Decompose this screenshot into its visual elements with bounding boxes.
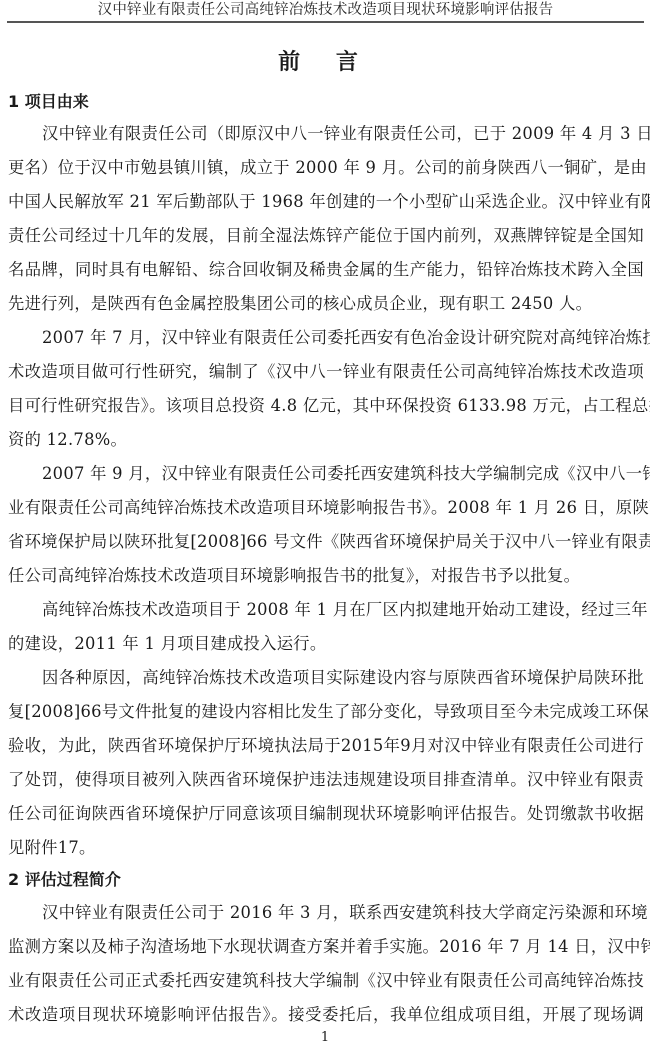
paragraph-line: 监测方案以及柿子沟渣场地下水现状调查方案并着手实施。2016 年 7 月 14 …	[8, 935, 644, 959]
paragraph-line: 2007 年 7 月，汉中锌业有限责任公司委托西安有色冶金设计研究院对高纯锌冶炼…	[42, 326, 644, 350]
paragraph-line: 术改造项目做可行性研究，编制了《汉中八一锌业有限责任公司高纯锌冶炼技术改造项	[8, 360, 644, 384]
paragraph-line: 目可行性研究报告》。该项目总投资 4.8 亿元，其中环保投资 6133.98 万…	[8, 394, 644, 418]
paragraph-line: 名品牌，同时具有电解铅、综合回收铜及稀贵金属的生产能力，铅锌冶炼技术跨入全国	[8, 258, 644, 282]
section-heading-2: 2 评估过程简介	[8, 868, 121, 892]
paragraph-line: 更名）位于汉中市勉县镇川镇，成立于 2000 年 9 月。公司的前身陕西八一铜矿…	[8, 156, 644, 180]
paragraph-line: 了处罚，使得项目被列入陕西省环境保护违法违规建设项目排查清单。汉中锌业有限责	[8, 768, 644, 792]
paragraph-line: 省环境保护局以陕环批复[2008]66 号文件《陕西省环境保护局关于汉中八一锌业…	[8, 530, 644, 554]
paragraph-line: 高纯锌冶炼技术改造项目于 2008 年 1 月在厂区内拟建地开始动工建设，经过三…	[42, 598, 644, 622]
paragraph-line: 任公司高纯锌冶炼技术改造项目环境影响报告书的批复》，对报告书予以批复。	[8, 564, 644, 588]
paragraph-line: 汉中锌业有限责任公司（即原汉中八一锌业有限责任公司，已于 2009 年 4 月 …	[42, 122, 644, 146]
paragraph-line: 的建设，2011 年 1 月项目建成投入运行。	[8, 632, 644, 656]
paragraph-line: 因各种原因，高纯锌冶炼技术改造项目实际建设内容与原陕西省环境保护局陕环批	[42, 666, 644, 690]
paragraph-line: 复[2008]66号文件批复的建设内容相比发生了部分变化，导致项目至今未完成竣工…	[8, 700, 644, 724]
paragraph-line: 资的 12.78%。	[8, 428, 644, 452]
paragraph-line: 中国人民解放军 21 军后勤部队于 1968 年创建的一个小型矿山采选企业。汉中…	[8, 190, 644, 214]
section-heading-1: 1 项目由来	[8, 90, 89, 114]
paragraph-line: 2007 年 9 月，汉中锌业有限责任公司委托西安建筑科技大学编制完成《汉中八一…	[42, 462, 644, 486]
paragraph-line: 见附件17。	[8, 836, 644, 860]
paragraph-line: 责任公司经过十几年的发展，目前全湿法炼锌产能位于国内前列，双燕牌锌锭是全国知	[8, 224, 644, 248]
running-header-title: 汉中锌业有限责任公司高纯锌冶炼技术改造项目现状环境影响评估报告	[98, 2, 554, 18]
page-title: 前 言	[0, 48, 650, 78]
paragraph-line: 先进行列，是陕西有色金属控股集团公司的核心成员企业，现有职工 2450 人。	[8, 292, 644, 316]
paragraph-line: 验收，为此，陕西省环境保护厅环境执法局于2015年9月对汉中锌业有限责任公司进行	[8, 734, 644, 758]
paragraph-line: 业有限责任公司高纯锌冶炼技术改造项目环境影响报告书》。2008 年 1 月 26…	[8, 496, 644, 520]
paragraph-line: 汉中锌业有限责任公司于 2016 年 3 月，联系西安建筑科技大学商定污染源和环…	[42, 901, 644, 925]
page-number: 1	[0, 1030, 650, 1046]
running-header: 汉中锌业有限责任公司高纯锌冶炼技术改造项目现状环境影响评估报告	[7, 0, 644, 23]
paragraph-line: 术改造项目现状环境影响评估报告》。接受委托后，我单位组成项目组，开展了现场调	[8, 1003, 644, 1027]
paragraph-line: 任公司征询陕西省环境保护厅同意该项目编制现状环境影响评估报告。处罚缴款书收据	[8, 802, 644, 826]
paragraph-line: 业有限责任公司正式委托西安建筑科技大学编制《汉中锌业有限责任公司高纯锌冶炼技	[8, 969, 644, 993]
